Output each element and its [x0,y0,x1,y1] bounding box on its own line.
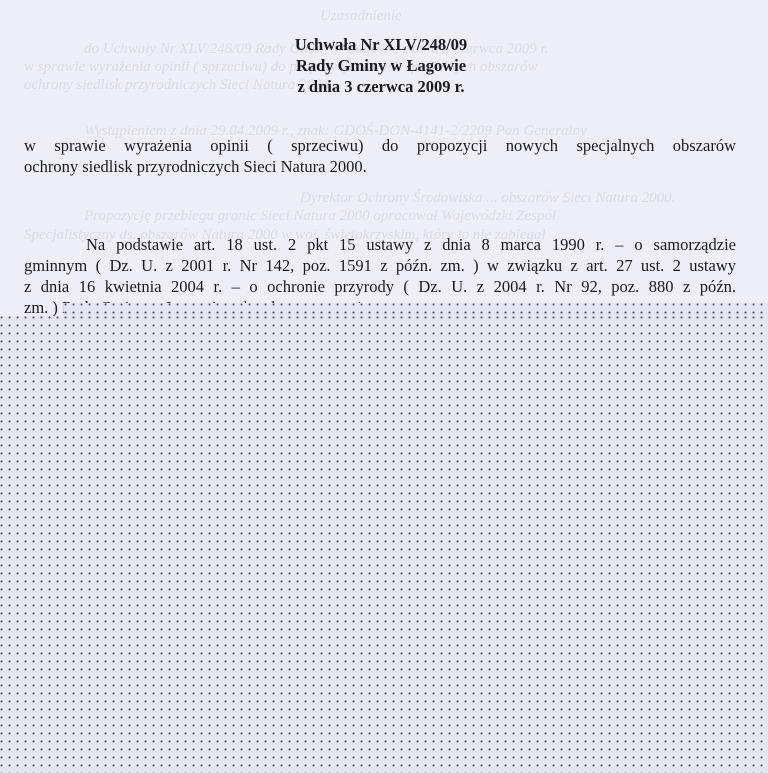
resolution-subject: w sprawie wyrażenia opinii ( sprzeciwu) … [24,135,736,177]
legal-basis-line: gminnym ( Dz. U. z 2001 r. Nr 142, poz. … [24,255,736,276]
show-through-text: Uzasadnienie [320,5,402,27]
redacted-area [64,303,768,317]
legal-basis-line: z dnia 16 kwietnia 2004 r. – o ochronie … [24,276,736,297]
resolution-date: z dnia 3 czerwca 2009 r. [230,76,532,97]
redacted-area [0,316,768,773]
subject-line: ochrony siedlisk przyrodniczych Sieci Na… [24,156,736,177]
resolution-number: Uchwała Nr XLV/248/09 [230,34,532,55]
subject-line: w sprawie wyrażenia opinii ( sprzeciwu) … [24,135,736,156]
resolution-header: Uchwała Nr XLV/248/09 Rady Gminy w Łagow… [230,34,532,97]
document-page: Uzasadnienie do Uchwały Nr XLV/248/09 Ra… [0,0,768,773]
legal-basis-line: Na podstawie art. 18 ust. 2 pkt 15 ustaw… [24,234,736,255]
council-name: Rady Gminy w Łagowie [230,55,532,76]
